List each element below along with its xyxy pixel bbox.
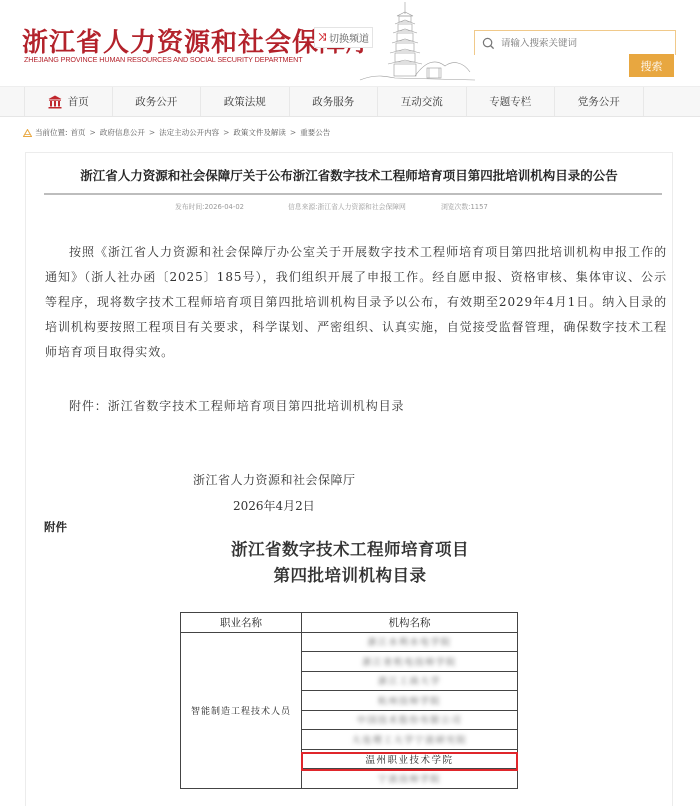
- attachment-label: 附件: [44, 519, 67, 535]
- attachment-document-title: 浙江省数字技术工程师培育项目 第四批培训机构目录: [170, 537, 530, 589]
- nav-item-services[interactable]: 政务服务: [290, 87, 379, 116]
- blurred-institution: 中国技术股份有限公司: [357, 713, 462, 726]
- main-nav: 首页 政务公开 政策法规 政务服务 互动交流 专题专栏 党务公开: [0, 86, 700, 117]
- nav-item-party-affairs[interactable]: 党务公开: [555, 87, 644, 116]
- breadcrumb-link-home[interactable]: 首页: [71, 127, 86, 138]
- signature-organization: 浙江省人力资源和社会保障厅: [193, 471, 356, 488]
- nav-label: 党务公开: [578, 94, 620, 109]
- institution-cell: 杭州技师学院: [302, 691, 518, 711]
- nav-item-policies[interactable]: 政策法规: [201, 87, 290, 116]
- nav-item-government-affairs[interactable]: 政务公开: [113, 87, 202, 116]
- nav-label: 政务公开: [135, 94, 177, 109]
- institution-cell: 中国技术股份有限公司: [302, 710, 518, 730]
- doc-title-line-2: 第四批培训机构目录: [170, 563, 530, 589]
- site-header: 浙江省人力资源和社会保障厅 ZHEJIANG PROVINCE HUMAN RE…: [0, 0, 700, 86]
- breadcrumb-separator: >: [223, 128, 229, 137]
- nav-label: 政策法规: [224, 94, 266, 109]
- header-institution-name: 机构名称: [302, 613, 518, 633]
- nav-label: 首页: [68, 94, 89, 109]
- search-button[interactable]: 搜索: [629, 54, 674, 77]
- breadcrumb-separator: >: [149, 128, 155, 137]
- search-icon[interactable]: [475, 37, 501, 50]
- institution-cell-highlighted: 温州职业技术学院: [302, 749, 518, 769]
- institution-table: 职业名称 机构名称 智能制造工程技术人员 浙江水利水电学院 浙江省机电技师学院 …: [180, 612, 518, 789]
- institution-cell: 大连理工大学宁波研究院: [302, 730, 518, 750]
- nav-item-special-topics[interactable]: 专题专栏: [467, 87, 556, 116]
- breadcrumb-link-policy-docs[interactable]: 政策文件及解读: [233, 127, 286, 138]
- institution-cell: 浙江水利水电学院: [302, 632, 518, 652]
- table-header-row: 职业名称 机构名称: [181, 613, 518, 633]
- nav-label: 政务服务: [312, 94, 354, 109]
- location-icon: [23, 129, 32, 137]
- institution-cell: 宁波技师学院: [302, 769, 518, 789]
- nav-item-interaction[interactable]: 互动交流: [378, 87, 467, 116]
- publish-time: 发布时间:2026-04-02: [175, 201, 244, 211]
- nav-label: 专题专栏: [489, 94, 531, 109]
- job-name-cell: 智能制造工程技术人员: [181, 632, 302, 788]
- breadcrumb-prefix: 当前位置:: [35, 127, 68, 138]
- blurred-institution: 杭州技师学院: [378, 694, 441, 707]
- blurred-institution: 浙江工商大学: [378, 674, 441, 687]
- breadcrumb-separator: >: [290, 128, 296, 137]
- search-input[interactable]: [501, 38, 661, 49]
- blurred-institution: 大连理工大学宁波研究院: [352, 733, 468, 746]
- title-divider: [44, 193, 662, 195]
- table-row: 智能制造工程技术人员 浙江水利水电学院: [181, 632, 518, 652]
- institution-cell: 浙江工商大学: [302, 671, 518, 691]
- shuffle-icon: ⤨: [318, 32, 326, 43]
- article-body: 按照《浙江省人力资源和社会保障厅办公室关于开展数字技术工程师培育项目第四批培训机…: [45, 240, 667, 365]
- breadcrumb-link-statutory[interactable]: 法定主动公开内容: [159, 127, 219, 138]
- blurred-institution: 宁波技师学院: [378, 772, 441, 785]
- article-title: 浙江省人力资源和社会保障厅关于公布浙江省数字技术工程师培育项目第四批培训机构目录…: [26, 166, 672, 184]
- breadcrumb-link-announcements[interactable]: 重要公告: [300, 127, 330, 138]
- blurred-institution: 浙江水利水电学院: [367, 635, 451, 648]
- institution-cell: 浙江省机电技师学院: [302, 652, 518, 672]
- search-box: [474, 30, 676, 55]
- header-job-name: 职业名称: [181, 613, 302, 633]
- view-count: 浏览次数:1157: [441, 201, 488, 211]
- home-bank-icon: [48, 95, 62, 109]
- site-logo-english: ZHEJIANG PROVINCE HUMAN RESOURCES AND SO…: [24, 55, 302, 64]
- institution-name: 温州职业技术学院: [365, 755, 453, 766]
- blurred-institution: 浙江省机电技师学院: [362, 655, 457, 668]
- breadcrumb-separator: >: [90, 128, 96, 137]
- signature-date: 2026年4月2日: [233, 497, 315, 514]
- info-source: 信息来源:浙江省人力资源和社会保障网: [288, 201, 406, 211]
- breadcrumb-link-gov-info[interactable]: 政府信息公开: [100, 127, 145, 138]
- breadcrumb: 当前位置: 首页 > 政府信息公开 > 法定主动公开内容 > 政策文件及解读 >…: [23, 127, 330, 138]
- nav-label: 互动交流: [401, 94, 443, 109]
- nav-item-home[interactable]: 首页: [24, 87, 113, 116]
- doc-title-line-1: 浙江省数字技术工程师培育项目: [170, 537, 530, 563]
- attachment-link[interactable]: 附件：浙江省数字技术工程师培育项目第四批培训机构目录: [69, 397, 404, 414]
